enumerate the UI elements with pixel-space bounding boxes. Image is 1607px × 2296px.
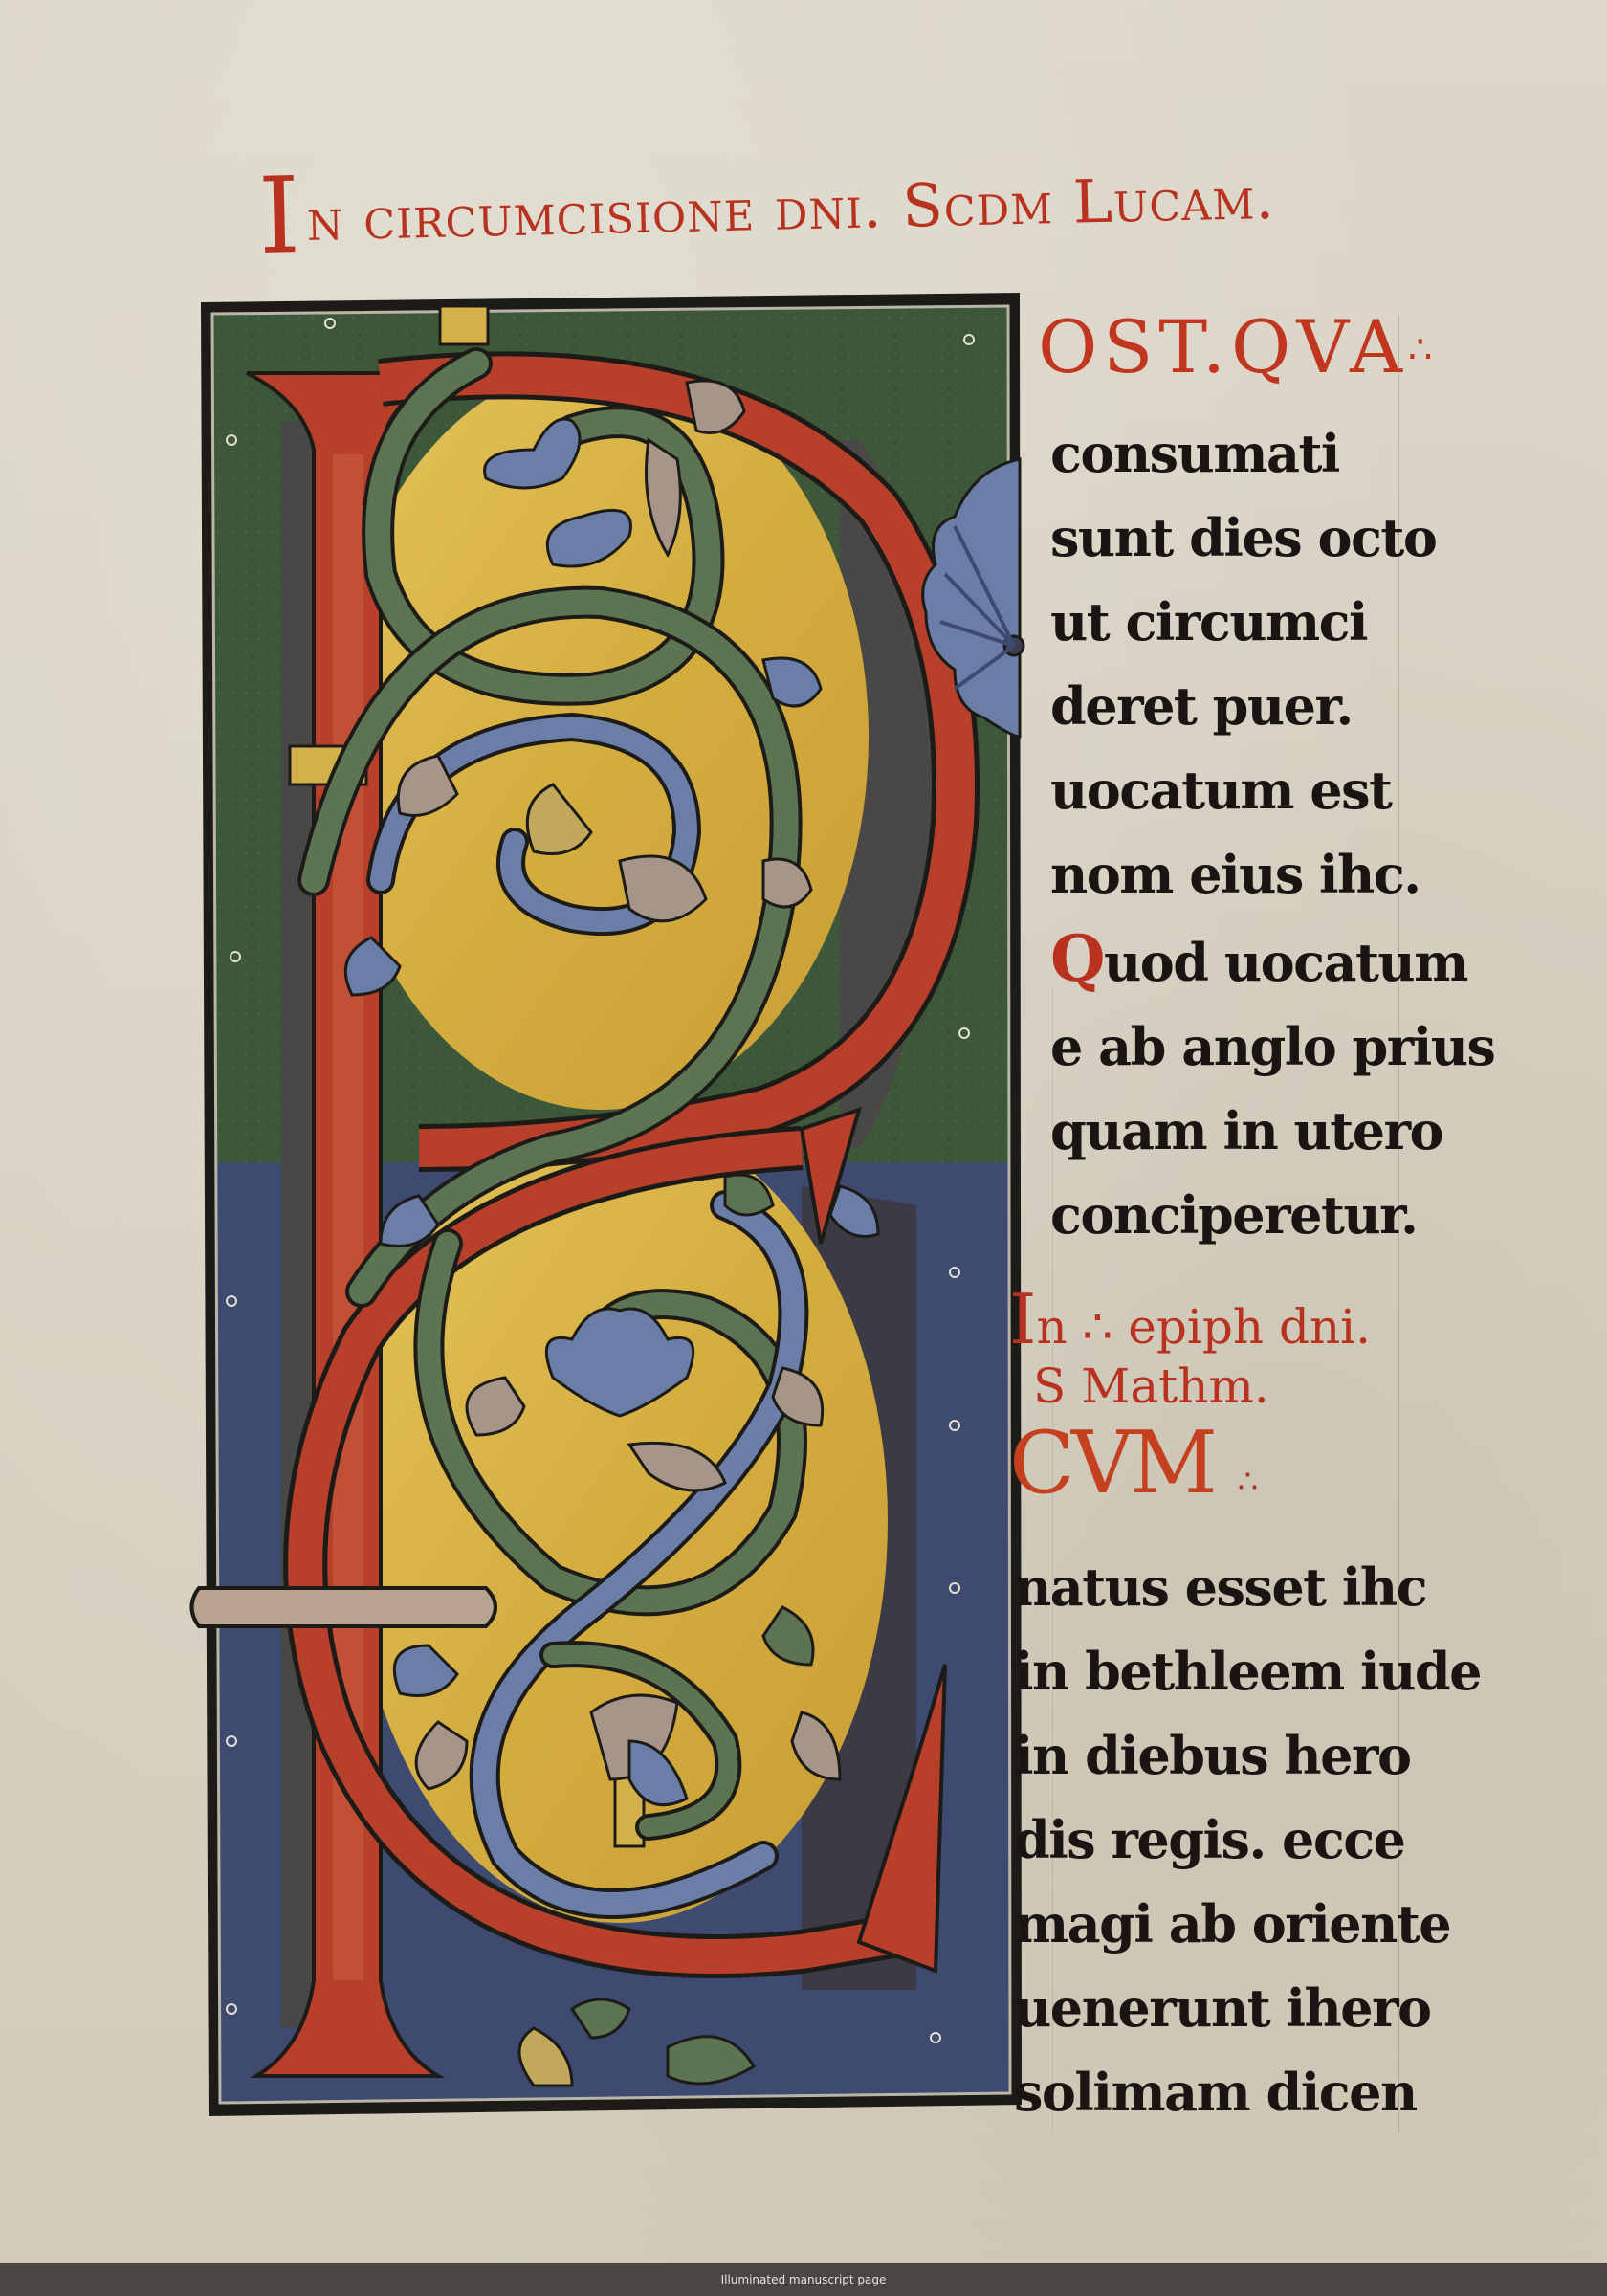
rubric-line-1-text: n ∴ epiph dni. [1036,1299,1371,1355]
text-line: e ab anglo prius [1050,1004,1500,1089]
incipit-text: OST.QVA [1038,304,1408,389]
text-line: nom eius ihc. [1050,832,1500,916]
text-line-red-capital: Quod uocatum [1050,916,1500,1004]
heading-rubric: In circumcisione dni. Scdm Lucam. [257,121,1276,266]
illuminated-initial-p-icon [189,287,1031,2119]
illuminated-initial [189,287,1031,2119]
text-line: uocatum est [1050,748,1500,832]
rubric-line-1: In ∴ epiph dni. [1009,1290,1507,1357]
text-line: ut circumci [1050,580,1500,664]
text-line: solimam dicen [1014,2050,1492,2134]
text-line: magi ab oriente [1014,1882,1492,1966]
red-capital-letter: Q [1050,921,1104,996]
incipit-dots: ∴ [1408,328,1434,372]
text-line: quam in utero [1050,1089,1500,1173]
caption-text: Illuminated manuscript page [721,2273,887,2286]
text-line: consumati [1050,411,1500,496]
rubric-line-3: CVM ∴ [1009,1416,1507,1530]
rubric-block: In ∴ epiph dni. S Mathm. CVM ∴ [1009,1290,1507,1530]
text-line-rest: uod uocatum [1104,932,1467,993]
body-text-block-1: consumati sunt dies octo ut circumci der… [1050,411,1500,1257]
text-line: dis regis. ecce [1014,1798,1492,1882]
text-line: natus esset ihc [1014,1545,1492,1629]
text-line: in bethleem iude [1014,1629,1492,1713]
text-line: conciperetur. [1050,1173,1500,1257]
incipit-rubric: OST.QVA∴ [1038,304,1434,389]
heading-initial: I [257,154,302,277]
text-line: sunt dies octo [1050,496,1500,580]
manuscript-page: In circumcisione dni. Scdm Lucam. [0,0,1607,2263]
caption-bar: Illuminated manuscript page [0,2263,1607,2296]
text-line: deret puer. [1050,664,1500,748]
text-line: uenerunt ihero [1014,1966,1492,2050]
rubric-initial: I [1009,1279,1036,1359]
text-line: in diebus hero [1014,1713,1492,1798]
heading-text: n circumcisione dni. Scdm Lucam. [306,163,1276,254]
rubric-line-2: S Mathm. [1009,1357,1507,1416]
body-text-block-2: natus esset ihc in bethleem iude in dieb… [1014,1545,1492,2134]
rubric-line-3-text: CVM [1009,1413,1214,1513]
rubric-line-3-dots: ∴ [1238,1463,1261,1501]
